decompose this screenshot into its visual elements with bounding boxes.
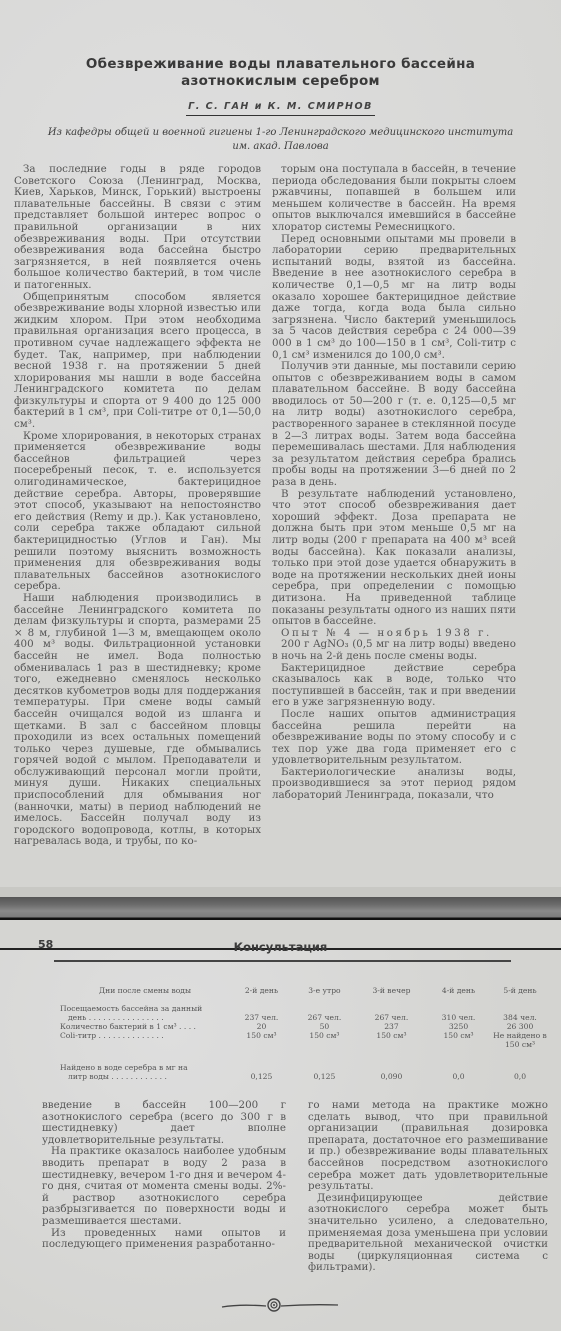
table-row: Количество бактерий в 1 см³ . . . . 20 5… xyxy=(60,1022,550,1031)
page1-column-right: торым она поступала в бассейн, в течение… xyxy=(272,164,516,802)
table-cell: Не найдено в 150 см³ xyxy=(490,1031,550,1049)
table-row: Посещаемость бассейна за данныйдень . . … xyxy=(60,1004,550,1022)
paragraph: В результате наблюдений установлено, что… xyxy=(272,489,516,628)
paragraph: Бактерицидное действие серебра сказывало… xyxy=(272,663,516,709)
table-cell: 0,125 xyxy=(293,1063,356,1081)
paragraph: го нами метода на практике можно сделать… xyxy=(308,1100,548,1193)
paragraph: На практике оказалось наиболее удобным в… xyxy=(42,1146,286,1227)
row-label-line: день . . . . . . . . . . . . . . . . xyxy=(60,1013,230,1022)
paragraph: Наши наблюдения производились в бассейне… xyxy=(14,593,261,848)
table-cell: 20 xyxy=(230,1022,293,1031)
table-cell: 267 чел. xyxy=(356,1004,427,1022)
column-header: 4-й день xyxy=(427,986,490,1004)
paragraph: Общепринятым способом является обезврежи… xyxy=(14,292,261,431)
table-cell: 310 чел. xyxy=(427,1004,490,1022)
column-header: 5-й день xyxy=(490,986,550,1004)
table-cell: 150 см³ xyxy=(427,1031,490,1049)
table-row: Найдено в воде серебра в мг налитр воды … xyxy=(60,1063,550,1081)
page2-column-right: го нами метода на практике можно сделать… xyxy=(308,1100,548,1274)
row-label-line: Посещаемость бассейна за данный xyxy=(60,1004,230,1013)
page2-column-left: введение в бассейн 100—200 г азотнокисло… xyxy=(42,1100,286,1251)
paragraph: Получив эти данные, мы поставили серию о… xyxy=(272,361,516,489)
article-title: Обезвреживание воды плавательного бассей… xyxy=(0,56,561,90)
table-row: Coli-титр . . . . . . . . . . . . . . 15… xyxy=(60,1031,550,1049)
paragraph: Дезинфицирующее действие азотнокислого с… xyxy=(308,1193,548,1274)
column-header: 3-е утро xyxy=(293,986,356,1004)
paragraph: Перед основными опытами мы провели в лаб… xyxy=(272,234,516,362)
table-cell: 150 см³ xyxy=(230,1031,293,1049)
table-cell: 150 см³ xyxy=(356,1031,427,1049)
paragraph: 200 г AgNO₃ (0,5 мг на литр воды) введен… xyxy=(272,639,516,662)
affiliation: Из кафедры общей и военной гигиены 1-го … xyxy=(0,126,561,154)
paragraph: После наших опытов администрация бассейн… xyxy=(272,709,516,767)
table-cell: 50 xyxy=(293,1022,356,1031)
table-cell: 0,125 xyxy=(230,1063,293,1081)
page1-column-left: За последние годы в ряде городов Советск… xyxy=(14,164,261,848)
affiliation-line-2: им. акад. Павлова xyxy=(0,140,561,154)
table-cell: 150 см³ xyxy=(293,1031,356,1049)
table-spacer xyxy=(60,1049,550,1063)
table-cell: 237 xyxy=(356,1022,427,1031)
authors-text: Г. С. ГАН и К. М. СМИРНОВ xyxy=(186,101,375,116)
column-header: 2-й день xyxy=(230,986,293,1004)
row-label-line: Найдено в воде серебра в мг на xyxy=(60,1063,230,1072)
table-header-row: Дни после смены воды 2-й день 3-е утро 3… xyxy=(60,986,550,1004)
table-cell: 267 чел. xyxy=(293,1004,356,1022)
table-cell: 3250 xyxy=(427,1022,490,1031)
table-cell: 0,0 xyxy=(490,1063,550,1081)
paragraph: За последние годы в ряде городов Советск… xyxy=(14,164,261,292)
paragraph: введение в бассейн 100—200 г азотнокисло… xyxy=(42,1100,286,1146)
paragraph: Бактериологические анализы воды, произво… xyxy=(272,767,516,802)
row-label: Посещаемость бассейна за данныйдень . . … xyxy=(60,1004,230,1022)
row-label-line: литр воды . . . . . . . . . . . . xyxy=(60,1072,230,1081)
table-cell: 26 300 xyxy=(490,1022,550,1031)
header-rule xyxy=(54,960,511,962)
running-head: Консультация xyxy=(0,940,561,954)
page-1: Обезвреживание воды плавательного бассей… xyxy=(0,0,561,887)
page-separator xyxy=(0,887,561,948)
row-label: Количество бактерий в 1 см³ . . . . xyxy=(60,1022,230,1031)
table-cell: 237 чел. xyxy=(230,1004,293,1022)
paragraph: торым она поступала в бассейн, в течение… xyxy=(272,164,516,234)
paragraph: Из проведенных нами опытов и последующег… xyxy=(42,1228,286,1251)
column-header: 3-й вечер xyxy=(356,986,427,1004)
affiliation-line-1: Из кафедры общей и военной гигиены 1-го … xyxy=(0,126,561,140)
table-header-label: Дни после смены воды xyxy=(60,986,230,1004)
row-label: Найдено в воде серебра в мг налитр воды … xyxy=(60,1063,230,1081)
row-label: Coli-титр . . . . . . . . . . . . . . xyxy=(60,1031,230,1049)
table-cell: 0,090 xyxy=(356,1063,427,1081)
authors: Г. С. ГАН и К. М. СМИРНОВ xyxy=(0,101,561,112)
paragraph: Кроме хлорирования, в некоторых странах … xyxy=(14,431,261,593)
table-cell: 384 чел. xyxy=(490,1004,550,1022)
title-line-1: Обезвреживание воды плавательного бассей… xyxy=(0,56,561,73)
results-table: Дни после смены воды 2-й день 3-е утро 3… xyxy=(60,986,550,1081)
title-line-2: азотнокислым серебром xyxy=(0,73,561,90)
spiral-ornament-icon xyxy=(220,1297,340,1313)
table-cell: 0,0 xyxy=(427,1063,490,1081)
